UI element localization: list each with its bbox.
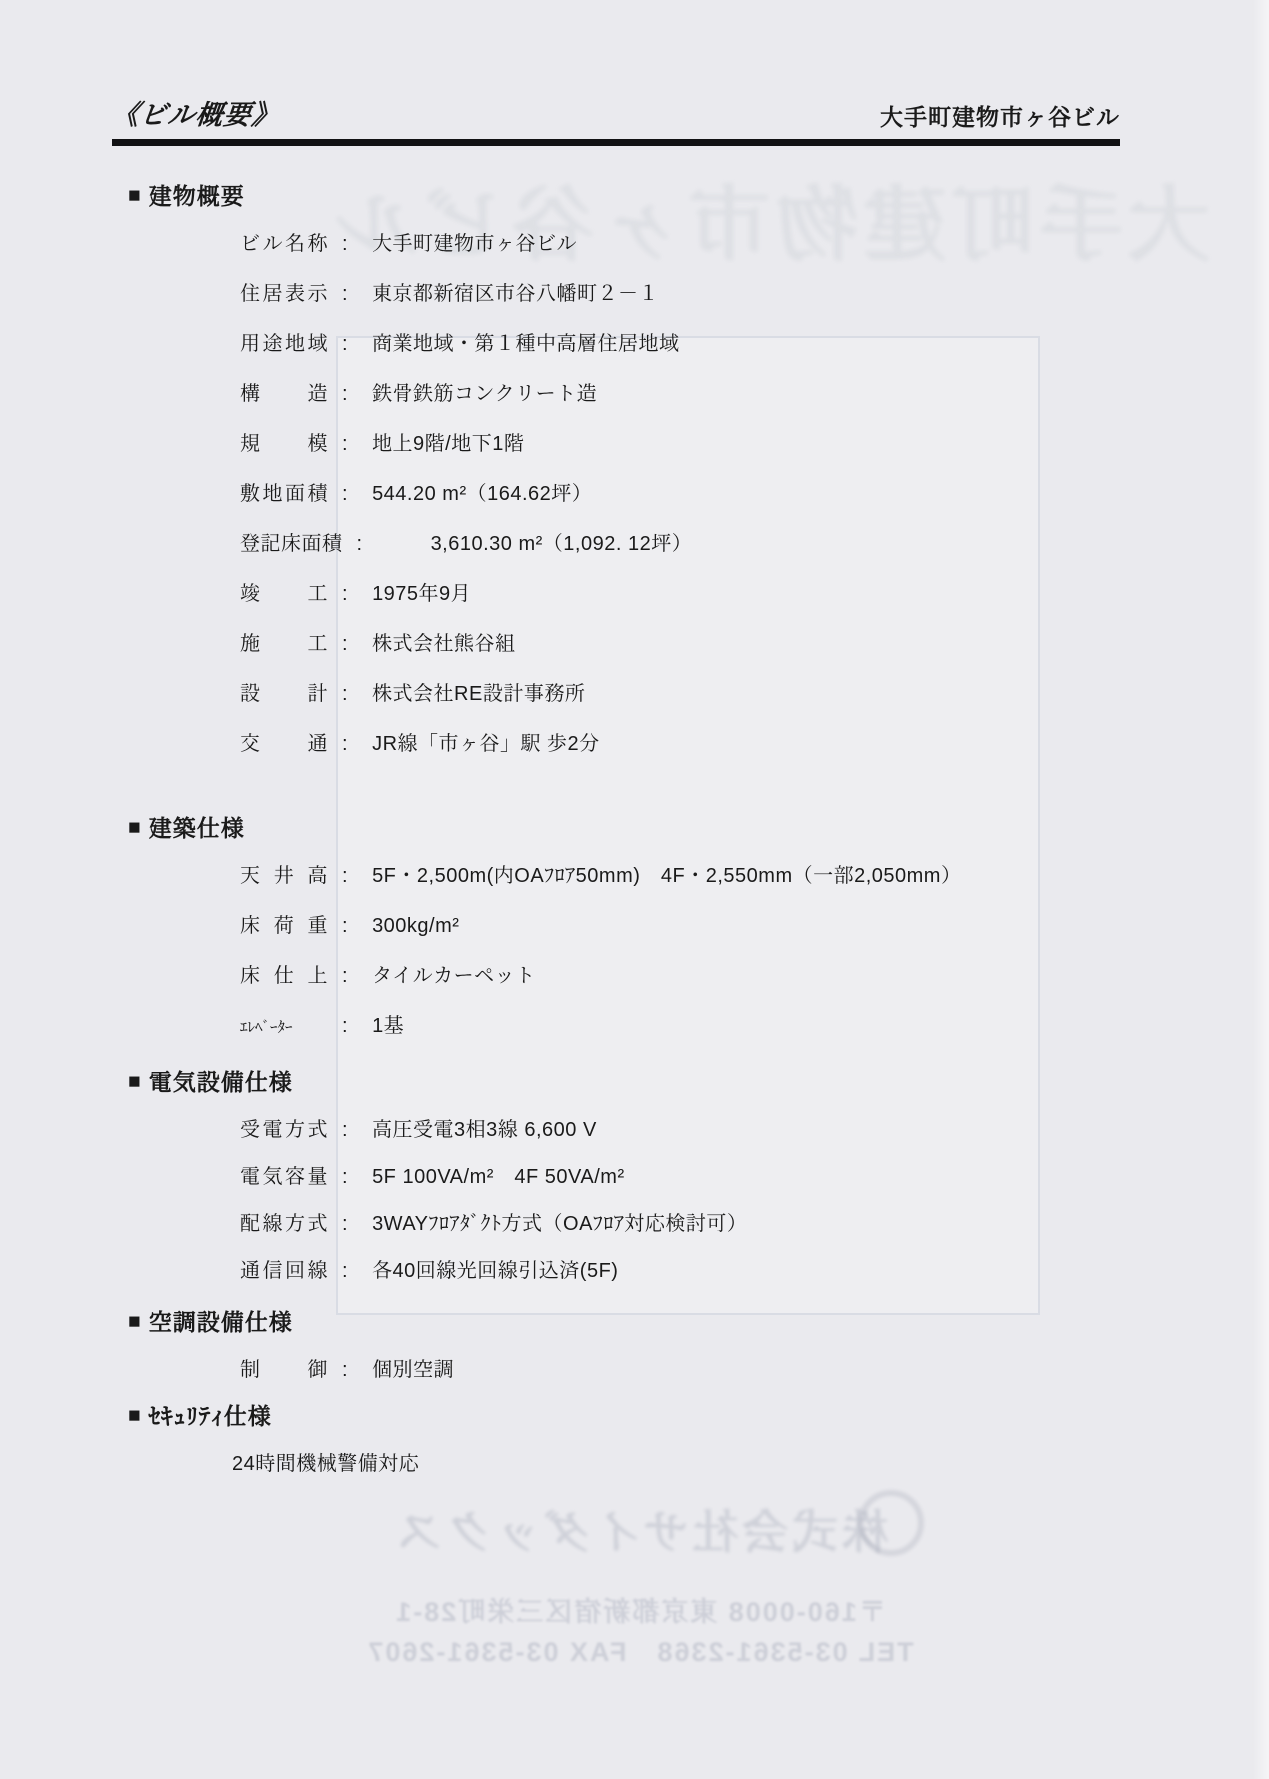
colon-separator: : (342, 1360, 348, 1380)
spec-row: 通信回線:各40回線光回線引込済(5F) (240, 1261, 1120, 1281)
spec-value: 商業地域・第１種中高層住居地域 (372, 334, 680, 354)
colon-separator: : (342, 1120, 348, 1140)
spec-value: 東京都新宿区市谷八幡町２－１ (372, 284, 659, 304)
spec-label: 設計 (240, 684, 328, 704)
colon-separator: : (342, 234, 348, 254)
spec-row: 天井高:5F・2,500m(内OAﾌﾛｱ50mm) 4F・2,550mm（一部2… (240, 866, 1120, 886)
header-rule (112, 139, 1120, 146)
spec-row: 規模:地上9階/地下1階 (240, 434, 1120, 454)
spec-row: 設計:株式会社RE設計事務所 (240, 684, 1120, 704)
section-0: ■建物概要ビル名称:大手町建物市ヶ谷ビル住居表示:東京都新宿区市谷八幡町２－１用… (112, 182, 1120, 754)
spec-label: 制御 (240, 1360, 328, 1380)
spec-row: 交通:JR線「市ヶ谷」駅 歩2分 (240, 734, 1120, 754)
spec-row: 配線方式:3WAYﾌﾛｱﾀﾞｸﾄ方式（OAﾌﾛｱ対応検討可） (240, 1214, 1120, 1234)
section-1: ■建築仕様天井高:5F・2,500m(内OAﾌﾛｱ50mm) 4F・2,550m… (112, 814, 1120, 1038)
spec-value: JR線「市ヶ谷」駅 歩2分 (372, 734, 600, 754)
spec-label: 床荷重 (240, 916, 328, 936)
spec-value: 1基 (372, 1016, 404, 1036)
section-3: ■空調設備仕様制御:個別空調 (112, 1308, 1120, 1380)
spec-value: 個別空調 (372, 1360, 454, 1380)
spec-label: ビル名称 (240, 234, 328, 254)
colon-separator: : (342, 434, 348, 454)
spec-row: 構造:鉄骨鉄筋コンクリート造 (240, 384, 1120, 404)
colon-separator: : (342, 1016, 348, 1036)
section-heading: ■ｾｷｭﾘﾃｨ仕様 (128, 1402, 1120, 1430)
spec-label: 竣工 (240, 584, 328, 604)
spec-value: 株式会社RE設計事務所 (372, 684, 585, 704)
spec-value: 544.20 m²（164.62坪） (372, 484, 592, 504)
section-4: ■ｾｷｭﾘﾃｨ仕様24時間機械警備対応 (112, 1402, 1120, 1474)
spec-row: 電気容量:5F 100VA/m² 4F 50VA/m² (240, 1167, 1120, 1187)
spec-row: 竣工:1975年9月 (240, 584, 1120, 604)
spec-value: 株式会社熊谷組 (372, 634, 516, 654)
section-heading-label: 空調設備仕様 (149, 1308, 293, 1336)
spec-label: 登記床面積 (240, 534, 343, 554)
spec-row: ｴﾚﾍﾞｰﾀｰ:1基 (240, 1016, 1120, 1038)
colon-separator: : (342, 334, 348, 354)
spec-value: 1975年9月 (372, 584, 471, 604)
spec-label: 用途地域 (240, 334, 328, 354)
spec-label: 通信回線 (240, 1261, 328, 1281)
document-header: 《ビル概要》 大手町建物市ヶ谷ビル (112, 93, 1120, 132)
colon-separator: : (342, 966, 348, 986)
spec-sections: ■建物概要ビル名称:大手町建物市ヶ谷ビル住居表示:東京都新宿区市谷八幡町２－１用… (112, 182, 1120, 1474)
colon-separator: : (357, 534, 363, 554)
section-heading-label: ｾｷｭﾘﾃｨ仕様 (149, 1402, 272, 1430)
spec-row: 施工:株式会社熊谷組 (240, 634, 1120, 654)
spec-label: ｴﾚﾍﾞｰﾀｰ (240, 1018, 328, 1038)
document-content: 《ビル概要》 大手町建物市ヶ谷ビル ■建物概要ビル名称:大手町建物市ヶ谷ビル住居… (112, 0, 1120, 1474)
spec-value: タイルカーペット (372, 966, 536, 986)
spec-label: 受電方式 (240, 1120, 328, 1140)
spec-label: 構造 (240, 384, 328, 404)
spec-label: 住居表示 (240, 284, 328, 304)
square-bullet-icon: ■ (128, 1308, 142, 1336)
spec-value: 24時間機械警備対応 (232, 1454, 419, 1474)
building-name-title: 大手町建物市ヶ谷ビル (880, 99, 1120, 132)
spec-row: 床仕上:タイルカーペット (240, 966, 1120, 986)
colon-separator: : (342, 1167, 348, 1187)
section-heading: ■建物概要 (128, 182, 1120, 210)
section-heading-label: 建物概要 (149, 182, 245, 210)
spec-row: 用途地域:商業地域・第１種中高層住居地域 (240, 334, 1120, 354)
spec-label: 交通 (240, 734, 328, 754)
square-bullet-icon: ■ (128, 182, 142, 210)
spec-label: 敷地面積 (240, 484, 328, 504)
spec-value: 高圧受電3相3線 6,600 V (372, 1120, 597, 1140)
spec-row: 住居表示:東京都新宿区市谷八幡町２－１ (240, 284, 1120, 304)
spec-row: 敷地面積:544.20 m²（164.62坪） (240, 484, 1120, 504)
spec-row: 24時間機械警備対応 (232, 1454, 1120, 1474)
spec-label: 天井高 (240, 866, 328, 886)
spec-value: 鉄骨鉄筋コンクリート造 (372, 384, 597, 404)
spec-label: 電気容量 (240, 1167, 328, 1187)
section-2: ■電気設備仕様受電方式:高圧受電3相3線 6,600 V電気容量:5F 100V… (112, 1068, 1120, 1281)
section-heading: ■電気設備仕様 (128, 1068, 1120, 1096)
page-title: 《ビル概要》 (110, 93, 282, 132)
colon-separator: : (342, 916, 348, 936)
colon-separator: : (342, 484, 348, 504)
scanned-document-page: 大手町建物市ヶ谷ビル 株式会社サイダックス 〒160-0008 東京都新宿区三栄… (0, 0, 1269, 1779)
paper-edge-shadow (1252, 0, 1269, 1779)
spec-value: 3WAYﾌﾛｱﾀﾞｸﾄ方式（OAﾌﾛｱ対応検討可） (372, 1214, 747, 1234)
spec-value: 大手町建物市ヶ谷ビル (372, 234, 577, 254)
colon-separator: : (342, 684, 348, 704)
spec-row: 登記床面積:3,610.30 m²（1,092. 12坪） (240, 534, 1120, 554)
bleedthrough-company-logo-icon (858, 1490, 924, 1556)
colon-separator: : (342, 866, 348, 886)
section-heading-label: 電気設備仕様 (149, 1068, 293, 1096)
spec-label: 配線方式 (240, 1214, 328, 1234)
spec-label: 床仕上 (240, 966, 328, 986)
square-bullet-icon: ■ (128, 1402, 142, 1430)
spec-value: 3,610.30 m²（1,092. 12坪） (431, 534, 693, 554)
spec-label: 施工 (240, 634, 328, 654)
bleedthrough-company-name: 株式会社サイダックス (150, 1496, 1130, 1562)
spec-row: 制御:個別空調 (240, 1360, 1120, 1380)
bleedthrough-address-line: 〒160-0008 東京都新宿区三栄町28-1 (150, 1590, 1130, 1629)
colon-separator: : (342, 1214, 348, 1234)
spec-row: ビル名称:大手町建物市ヶ谷ビル (240, 234, 1120, 254)
square-bullet-icon: ■ (128, 1068, 142, 1096)
bleedthrough-tel-fax-line: TEL 03-5361-2368 FAX 03-5361-2607 (150, 1630, 1130, 1669)
square-bullet-icon: ■ (128, 814, 142, 842)
section-heading-label: 建築仕様 (149, 814, 245, 842)
section-heading: ■空調設備仕様 (128, 1308, 1120, 1336)
colon-separator: : (342, 1261, 348, 1281)
spec-value: 各40回線光回線引込済(5F) (372, 1261, 618, 1281)
spec-value: 5F 100VA/m² 4F 50VA/m² (372, 1167, 625, 1187)
colon-separator: : (342, 734, 348, 754)
colon-separator: : (342, 284, 348, 304)
colon-separator: : (342, 584, 348, 604)
spec-label: 規模 (240, 434, 328, 454)
spec-value: 300kg/m² (372, 916, 459, 936)
spec-row: 床荷重:300kg/m² (240, 916, 1120, 936)
section-heading: ■建築仕様 (128, 814, 1120, 842)
spec-row: 受電方式:高圧受電3相3線 6,600 V (240, 1120, 1120, 1140)
colon-separator: : (342, 384, 348, 404)
colon-separator: : (342, 634, 348, 654)
spec-value: 5F・2,500m(内OAﾌﾛｱ50mm) 4F・2,550mm（一部2,050… (372, 866, 961, 886)
spec-value: 地上9階/地下1階 (372, 434, 524, 454)
